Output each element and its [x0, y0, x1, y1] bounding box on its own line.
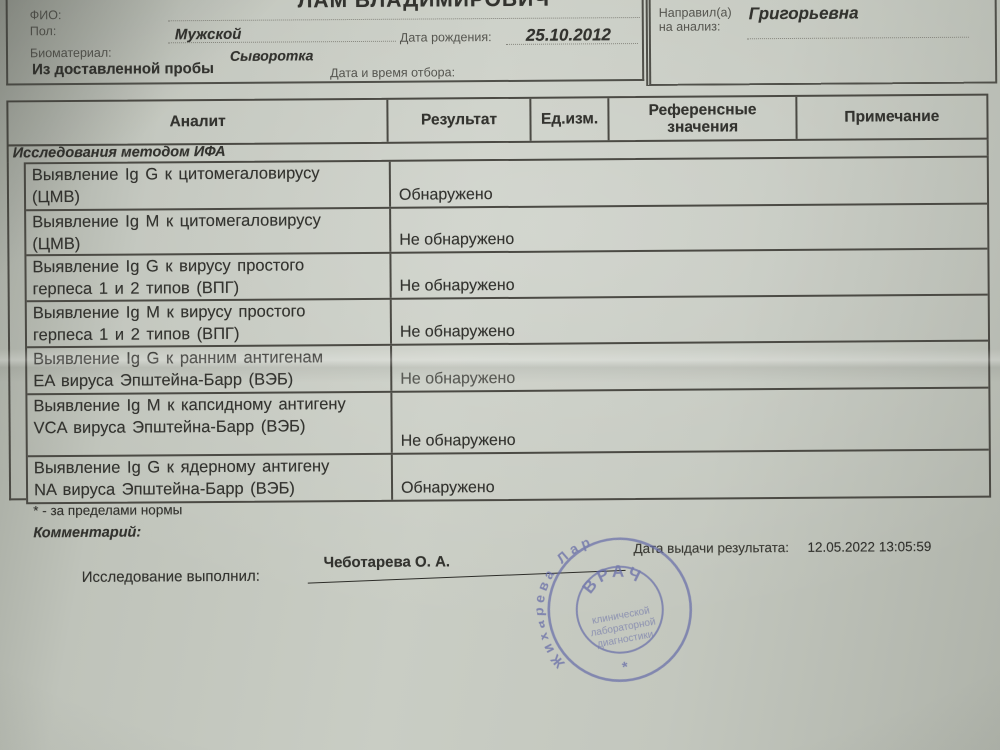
- sex-line: [168, 41, 396, 44]
- referrer-value: Григорьевна: [749, 3, 859, 24]
- result-cell: Не обнаружено: [392, 342, 988, 391]
- results-table-body: Выявление Ig G к цитомегаловирусу (ЦМВ) …: [24, 156, 991, 505]
- result-cell: Не обнаружено: [392, 389, 988, 453]
- stamp-asterisk: *: [621, 658, 630, 676]
- referrer-box: Направил(а) на анализ: Григорьевна: [646, 0, 998, 86]
- sex-value: Мужской: [175, 26, 242, 43]
- sex-label: Пол:: [30, 24, 57, 38]
- comment-label: Комментарий:: [33, 525, 141, 542]
- result-cell: Не обнаружено: [392, 296, 988, 344]
- stamp-center-text: ВРАЧ: [575, 556, 649, 599]
- table-row: Выявление Ig G к цитомегаловирусу (ЦМВ) …: [26, 158, 987, 212]
- referrer-line: [747, 37, 969, 40]
- performed-by-value: Чеботарева О. А.: [324, 553, 451, 571]
- stamp-outer-text: Жихарева Лар: [524, 532, 617, 675]
- analyte-cell: Выявление Ig G к цитомегаловирусу (ЦМВ): [26, 162, 391, 210]
- result-cell: Не обнаружено: [391, 250, 987, 298]
- table-row: Выявление Ig G к ядерному антигену NA ви…: [28, 451, 989, 503]
- out-of-range-footnote: * - за пределами нормы: [33, 502, 182, 518]
- result-cell: Не обнаружено: [391, 205, 987, 252]
- referrer-label-line2: на анализ:: [659, 19, 721, 33]
- analyte-cell: Выявление Ig G к ядерному антигену NA ви…: [28, 455, 393, 503]
- section-title: Исследования методом ИФА: [13, 144, 226, 161]
- doctor-stamp: Жихарева Лар ВРАЧ клинической лабораторн…: [524, 511, 722, 709]
- referrer-label-line1: Направил(а): [659, 5, 732, 20]
- sample-note: Из доставленной пробы: [32, 60, 214, 78]
- column-header-result: Результат: [389, 99, 532, 142]
- column-header-analyte: Аналит: [8, 100, 389, 145]
- result-cell: Обнаружено: [393, 451, 989, 500]
- result-cell: Обнаружено: [391, 158, 987, 207]
- issue-date-value: 12.05.2022 13:05:59: [807, 539, 931, 555]
- column-header-reference: Референсные значения: [610, 97, 798, 140]
- analyte-cell: Выявление Ig G к ранним антигенам EA вир…: [27, 346, 392, 394]
- lab-report-photo: ЛАМ ВЛАДИМИРОВИЧ ФИО: Пол: Мужской Дата …: [0, 0, 1000, 750]
- biomaterial-value: Сыворотка: [230, 47, 313, 64]
- analyte-cell: Выявление Ig M к капсидному антигену VCA…: [27, 393, 392, 456]
- analyte-cell: Выявление Ig M к цитомегаловирусу (ЦМВ): [26, 209, 391, 255]
- birth-date-label: Дата рождения:: [400, 30, 492, 45]
- column-header-note: Примечание: [797, 96, 986, 139]
- table-row: Выявление Ig M к капсидному антигену VCA…: [27, 389, 988, 458]
- table-row: Выявление Ig M к вирусу простого герпеса…: [27, 296, 988, 349]
- table-row: Выявление Ig M к цитомегаловирусу (ЦМВ) …: [26, 205, 987, 257]
- performed-by-label: Исследование выполнил:: [82, 568, 260, 586]
- analyte-cell: Выявление Ig M к вирусу простого герпеса…: [27, 300, 392, 347]
- fio-label: ФИО:: [30, 8, 62, 22]
- table-row: Выявление Ig G к ранним антигенам EA вир…: [27, 342, 988, 396]
- fio-line: [168, 17, 640, 21]
- results-table-header: Аналит Результат Ед.изм. Референсные зна…: [6, 94, 988, 147]
- collected-label: Дата и время отбора:: [330, 65, 455, 80]
- column-header-unit: Ед.изм.: [531, 98, 610, 141]
- biomaterial-label: Биоматериал:: [30, 46, 112, 61]
- analyte-cell: Выявление Ig G к вирусу простого герпеса…: [26, 254, 391, 301]
- lab-report-document: ЛАМ ВЛАДИМИРОВИЧ ФИО: Пол: Мужской Дата …: [0, 0, 1000, 750]
- table-row: Выявление Ig G к вирусу простого герпеса…: [26, 250, 987, 303]
- patient-info-box: ФИО: Пол: Мужской Дата рождения: 25.10.2…: [6, 0, 645, 85]
